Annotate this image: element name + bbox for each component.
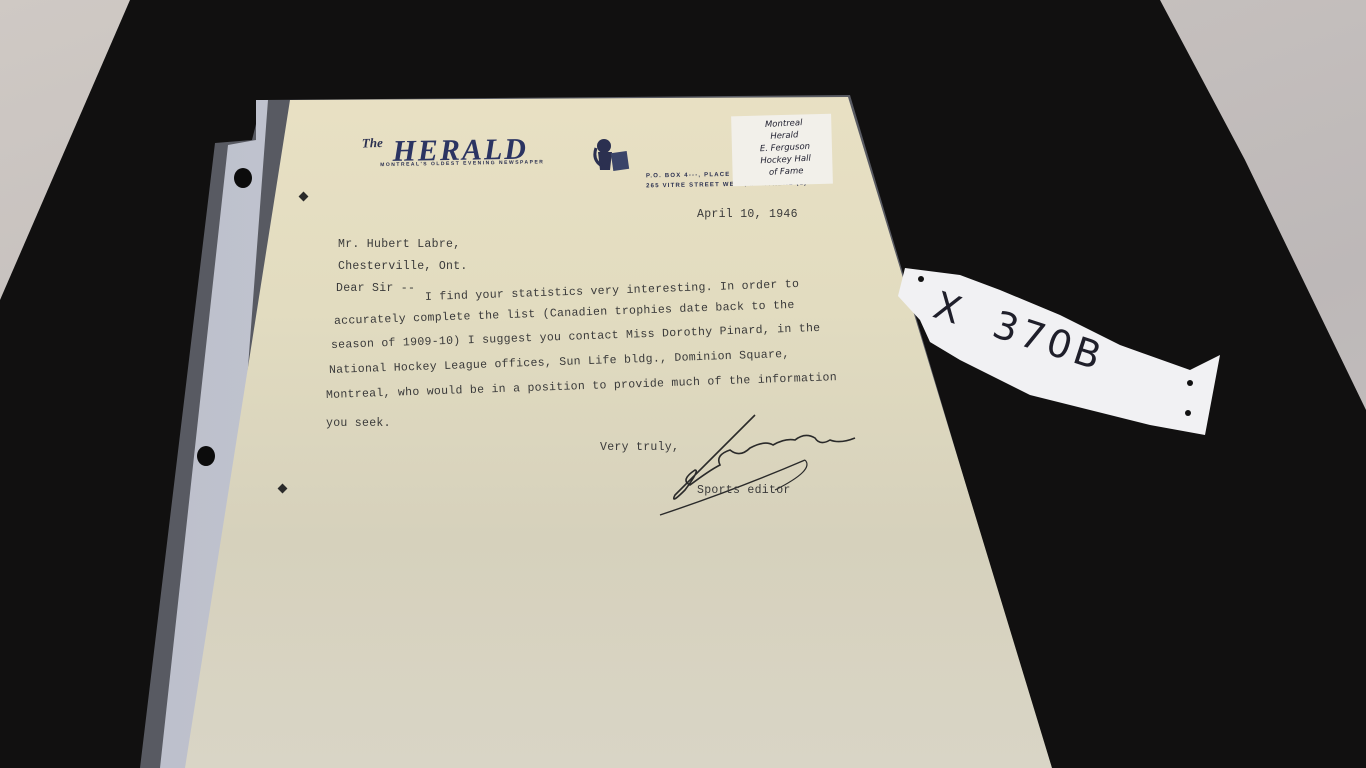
signature: E. Ferguson (655, 410, 875, 520)
letter-date: April 10, 1946 (697, 208, 798, 221)
slip-hole (1185, 410, 1191, 416)
herald-letterhead-logo: The HERALD MONTREAL'S OLDEST EVENING NEW… (362, 133, 528, 170)
slip-hole (1187, 380, 1193, 386)
slip-hole (918, 276, 924, 282)
salutation: Dear Sir -- (336, 282, 415, 295)
sticky-note-text: Montreal Herald E. Ferguson Hockey Hall … (738, 116, 831, 181)
town-crier-icon (592, 136, 636, 176)
body-line: you seek. (326, 417, 391, 430)
sender-title: Sports editor (697, 484, 791, 497)
recipient-name: Mr. Hubert Labre, (338, 238, 460, 251)
logo-the: The (362, 135, 383, 150)
binder-hole (197, 446, 215, 466)
binder-hole (234, 168, 252, 188)
recipient-city: Chesterville, Ont. (338, 260, 468, 273)
